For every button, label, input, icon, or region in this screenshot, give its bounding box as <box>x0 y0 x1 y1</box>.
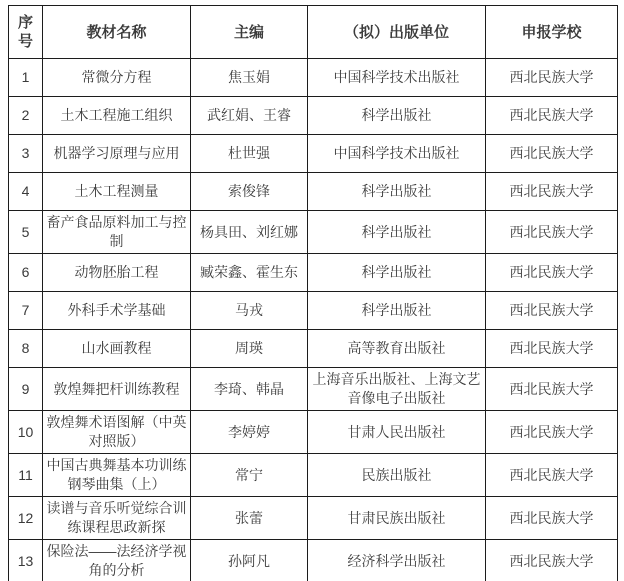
cell-title: 土木工程施工组织 <box>43 97 191 135</box>
cell-title: 中国古典舞基本功训练钢琴曲集（上） <box>43 454 191 497</box>
cell-editor: 马戎 <box>191 292 308 330</box>
header-cell-editor: 主编 <box>191 6 308 59</box>
page: 序号 教材名称 主编 （拟）出版单位 申报学校 1常微分方程焦玉娟中国科学技术出… <box>0 0 624 581</box>
cell-school: 西北民族大学 <box>486 411 618 454</box>
cell-school: 西北民族大学 <box>486 254 618 292</box>
cell-no: 12 <box>9 497 43 540</box>
cell-school: 西北民族大学 <box>486 173 618 211</box>
cell-editor: 孙阿凡 <box>191 540 308 581</box>
cell-publisher: 甘肃人民出版社 <box>308 411 486 454</box>
cell-editor: 李婷婷 <box>191 411 308 454</box>
cell-editor: 武红娟、王睿 <box>191 97 308 135</box>
textbook-table: 序号 教材名称 主编 （拟）出版单位 申报学校 1常微分方程焦玉娟中国科学技术出… <box>8 5 618 581</box>
cell-publisher: 经济科学出版社 <box>308 540 486 581</box>
table-row: 8山水画教程周瑛高等教育出版社西北民族大学 <box>9 330 618 368</box>
cell-no: 1 <box>9 59 43 97</box>
cell-no: 8 <box>9 330 43 368</box>
cell-school: 西北民族大学 <box>486 540 618 581</box>
cell-school: 西北民族大学 <box>486 497 618 540</box>
cell-title: 土木工程测量 <box>43 173 191 211</box>
cell-no: 7 <box>9 292 43 330</box>
table-row: 11中国古典舞基本功训练钢琴曲集（上）常宁民族出版社西北民族大学 <box>9 454 618 497</box>
cell-publisher: 科学出版社 <box>308 97 486 135</box>
cell-school: 西北民族大学 <box>486 292 618 330</box>
cell-no: 11 <box>9 454 43 497</box>
cell-school: 西北民族大学 <box>486 330 618 368</box>
cell-title: 外科手术学基础 <box>43 292 191 330</box>
cell-no: 6 <box>9 254 43 292</box>
cell-publisher: 民族出版社 <box>308 454 486 497</box>
table-body: 1常微分方程焦玉娟中国科学技术出版社西北民族大学2土木工程施工组织武红娟、王睿科… <box>9 59 618 581</box>
cell-no: 13 <box>9 540 43 581</box>
table-row: 10敦煌舞术语图解（中英对照版）李婷婷甘肃人民出版社西北民族大学 <box>9 411 618 454</box>
cell-title: 机器学习原理与应用 <box>43 135 191 173</box>
cell-editor: 李琦、韩晶 <box>191 368 308 411</box>
cell-editor: 杨具田、刘红娜 <box>191 211 308 254</box>
cell-publisher: 科学出版社 <box>308 292 486 330</box>
cell-no: 10 <box>9 411 43 454</box>
cell-publisher: 科学出版社 <box>308 254 486 292</box>
cell-publisher: 中国科学技术出版社 <box>308 59 486 97</box>
cell-title: 敦煌舞把杆训练教程 <box>43 368 191 411</box>
cell-publisher: 中国科学技术出版社 <box>308 135 486 173</box>
cell-publisher: 科学出版社 <box>308 211 486 254</box>
cell-no: 9 <box>9 368 43 411</box>
cell-school: 西北民族大学 <box>486 211 618 254</box>
cell-title: 常微分方程 <box>43 59 191 97</box>
header-cell-title: 教材名称 <box>43 6 191 59</box>
cell-editor: 周瑛 <box>191 330 308 368</box>
cell-publisher: 高等教育出版社 <box>308 330 486 368</box>
cell-no: 2 <box>9 97 43 135</box>
cell-no: 3 <box>9 135 43 173</box>
table-row: 5畜产食品原料加工与控制杨具田、刘红娜科学出版社西北民族大学 <box>9 211 618 254</box>
cell-school: 西北民族大学 <box>486 368 618 411</box>
table-row: 7外科手术学基础马戎科学出版社西北民族大学 <box>9 292 618 330</box>
table-row: 9敦煌舞把杆训练教程李琦、韩晶上海音乐出版社、上海文艺音像电子出版社西北民族大学 <box>9 368 618 411</box>
cell-school: 西北民族大学 <box>486 135 618 173</box>
cell-title: 敦煌舞术语图解（中英对照版） <box>43 411 191 454</box>
cell-publisher: 上海音乐出版社、上海文艺音像电子出版社 <box>308 368 486 411</box>
header-cell-school: 申报学校 <box>486 6 618 59</box>
cell-editor: 索俊锋 <box>191 173 308 211</box>
cell-publisher: 甘肃民族出版社 <box>308 497 486 540</box>
table-row: 13保险法——法经济学视角的分析孙阿凡经济科学出版社西北民族大学 <box>9 540 618 581</box>
table-row: 3机器学习原理与应用杜世强中国科学技术出版社西北民族大学 <box>9 135 618 173</box>
table-row: 4土木工程测量索俊锋科学出版社西北民族大学 <box>9 173 618 211</box>
cell-title: 保险法——法经济学视角的分析 <box>43 540 191 581</box>
cell-title: 读谱与音乐听觉综合训练课程思政新探 <box>43 497 191 540</box>
cell-no: 5 <box>9 211 43 254</box>
cell-no: 4 <box>9 173 43 211</box>
cell-editor: 张蕾 <box>191 497 308 540</box>
cell-title: 山水画教程 <box>43 330 191 368</box>
header-cell-no: 序号 <box>9 6 43 59</box>
textbook-table-container: 序号 教材名称 主编 （拟）出版单位 申报学校 1常微分方程焦玉娟中国科学技术出… <box>8 5 618 581</box>
table-row: 6动物胚胎工程臧荣鑫、霍生东科学出版社西北民族大学 <box>9 254 618 292</box>
cell-school: 西北民族大学 <box>486 97 618 135</box>
table-row: 12读谱与音乐听觉综合训练课程思政新探张蕾甘肃民族出版社西北民族大学 <box>9 497 618 540</box>
cell-school: 西北民族大学 <box>486 454 618 497</box>
cell-school: 西北民族大学 <box>486 59 618 97</box>
table-row: 2土木工程施工组织武红娟、王睿科学出版社西北民族大学 <box>9 97 618 135</box>
cell-publisher: 科学出版社 <box>308 173 486 211</box>
cell-editor: 常宁 <box>191 454 308 497</box>
cell-editor: 臧荣鑫、霍生东 <box>191 254 308 292</box>
header-cell-publisher: （拟）出版单位 <box>308 6 486 59</box>
header-row: 序号 教材名称 主编 （拟）出版单位 申报学校 <box>9 6 618 59</box>
cell-title: 动物胚胎工程 <box>43 254 191 292</box>
table-row: 1常微分方程焦玉娟中国科学技术出版社西北民族大学 <box>9 59 618 97</box>
cell-editor: 杜世强 <box>191 135 308 173</box>
cell-title: 畜产食品原料加工与控制 <box>43 211 191 254</box>
cell-editor: 焦玉娟 <box>191 59 308 97</box>
